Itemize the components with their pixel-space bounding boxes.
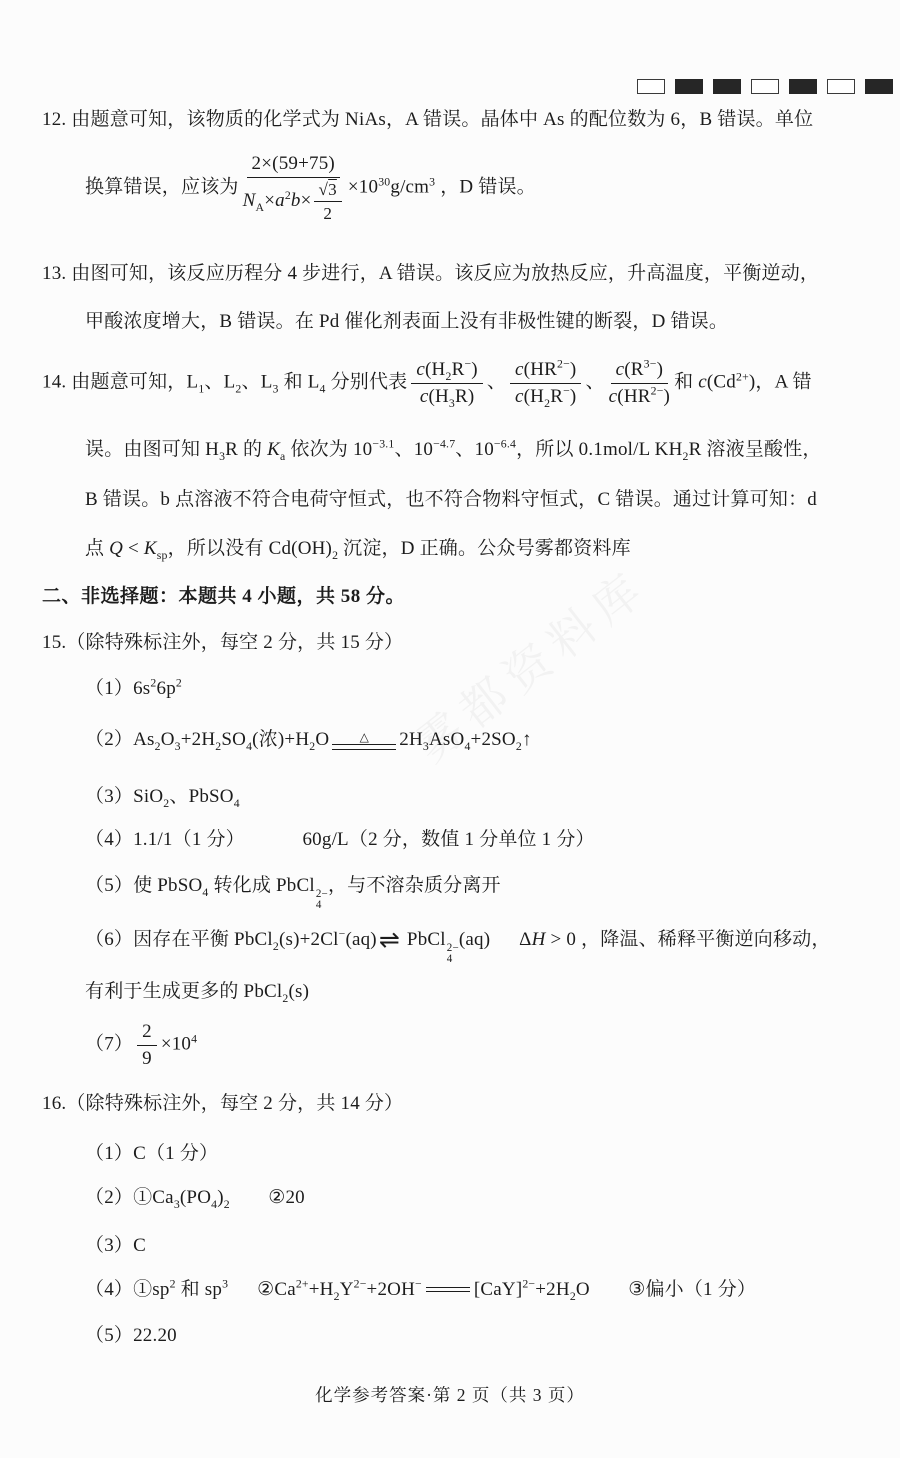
q12-line-2-formula: 换算错误，应该为2×(59+75)NA×a2b×√32×1030g/cm3 ，D… [85,152,536,224]
q16-item-1: （1）C（1 分） [85,1142,218,1167]
page-marks [637,79,893,94]
q13-line-1: 13. 由图可知，该反应历程分 4 步进行，A 错误。该反应为放热反应，升高温度… [42,262,819,287]
mark-square-fill [789,79,817,94]
q14-line-4: 点 Q < Ksp，所以没有 Cd(OH)2 沉淀，D 正确。公众号雾都资料库 [85,537,631,562]
q16-header: 16.（除特殊标注外，每空 2 分，共 14 分） [42,1092,403,1117]
q15-item-2-equation: （2）As2O3+2H2SO4(浓)+H2O△2H3AsO4+2SO2↑ [85,728,532,753]
q15-item-6-equation: （6）因存在平衡 PbCl2(s)+2Cl−(aq)⇌ PbCl2−4(aq) … [85,924,831,966]
q16-item-2: （2）①Ca3(PO4)2 ②20 [85,1186,305,1211]
q13-line-2: 甲酸浓度增大，B 错误。在 Pd 催化剂表面上没有非极性键的断裂，D 错误。 [85,310,728,335]
q16-item-4-equation: （4）①sp2 和 sp3 ②Ca2++H2Y2−+2OH−[CaY]2−+2H… [85,1278,756,1303]
q16-item-5: （5）22.20 [85,1324,177,1349]
answer-sheet-page: 雾都资料库 12. 由题意可知，该物质的化学式为 NiAs，A 错误。晶体中 A… [0,0,900,1458]
mark-square-fill [713,79,741,94]
q14-line-2: 误。由图可知 H3R 的 Ka 依次为 10−3.1、10−4.7、10−6.4… [85,438,822,463]
q14-line-1-fractions: 14. 由题意可知，L1、L2、L3 和 L4 分别代表c(H2R−)c(H3R… [42,358,812,409]
q15-item-3: （3）SiO2、PbSO4 [85,785,240,810]
q15-item-7-fraction: （7）29×104 [85,1020,197,1071]
q16-item-3: （3）C [85,1234,146,1259]
mark-square-fill [675,79,703,94]
q12-line-1: 12. 由题意可知，该物质的化学式为 NiAs，A 错误。晶体中 As 的配位数… [42,108,813,133]
q15-header: 15.（除特殊标注外，每空 2 分，共 15 分） [42,631,403,656]
mark-square-open [637,79,665,94]
mark-square-open [751,79,779,94]
section-2-header: 二、非选择题：本题共 4 小题，共 58 分。 [42,585,405,610]
mark-square-fill [865,79,893,94]
q14-line-3: B 错误。b 点溶液不符合电荷守恒式，也不符合物料守恒式，C 错误。通过计算可知… [85,488,817,513]
q15-item-1: （1）6s26p2 [85,677,182,702]
mark-square-open [827,79,855,94]
q15-item-4: （4）1.1/1（1 分） 60g/L（2 分，数值 1 分单位 1 分） [85,828,595,853]
q15-item-5: （5）使 PbSO4 转化成 PbCl2−4，与不溶杂质分离开 [85,874,501,912]
q15-item-6-cont: 有利于生成更多的 PbCl2(s) [85,980,309,1005]
page-footer: 化学参考答案·第 2 页（共 3 页） [0,1382,900,1407]
